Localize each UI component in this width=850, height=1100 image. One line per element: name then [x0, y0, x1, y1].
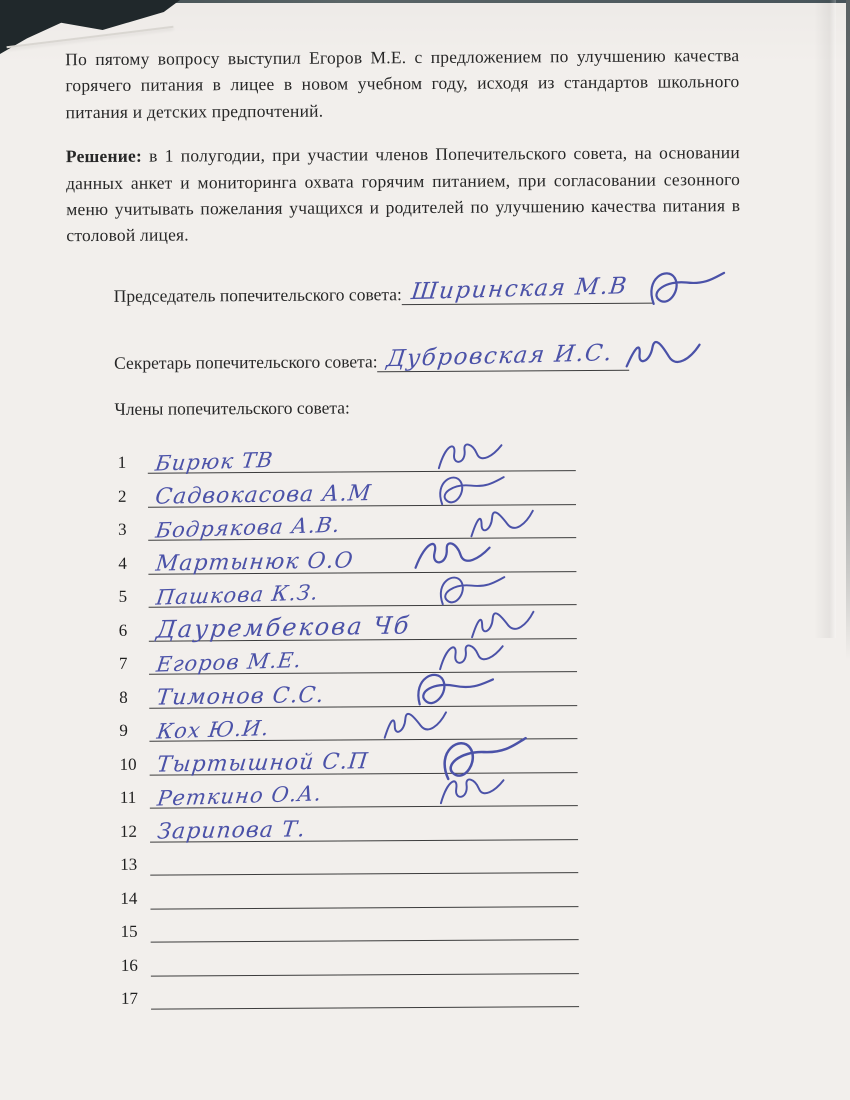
member-row: 11 Реткино О.А. — [120, 771, 850, 809]
member-row: 17 — [121, 972, 850, 1010]
member-number: 9 — [119, 721, 149, 742]
member-number: 14 — [120, 889, 150, 910]
member-row: 1 Бирюк ТВ — [118, 436, 850, 474]
member-signature-line — [150, 843, 578, 876]
member-handwritten-name: Мартынюк О.О — [154, 548, 354, 576]
member-signature-line: Пашкова К.З. — [148, 575, 576, 608]
decision-text: в 1 полугодии, при участии членов Попечи… — [66, 142, 740, 245]
member-signature-line: Егоров М.Е. — [149, 642, 577, 675]
member-signature-line: Садвокасова А.М — [148, 475, 576, 508]
secretary-label: Секретарь попечительского совета: — [114, 350, 378, 374]
member-handwritten-name: Егоров М.Е. — [155, 648, 303, 677]
member-number: 16 — [121, 956, 151, 977]
signature-flourish-icon — [436, 472, 508, 508]
member-row: 7 Егоров М.Е. — [119, 637, 850, 675]
member-handwritten-name: Даурембекова Чб — [155, 611, 412, 643]
member-number: 3 — [118, 520, 148, 541]
member-handwritten-name: Зарипова Т. — [156, 817, 307, 844]
member-signature-line: Бирюк ТВ — [148, 441, 576, 474]
secretary-signature-row: Секретарь попечительского совета: Дубров… — [114, 331, 849, 373]
member-signature-line — [151, 977, 579, 1010]
signature-flourish-icon — [642, 268, 734, 309]
member-signature-line — [150, 877, 578, 910]
member-number: 5 — [119, 587, 149, 608]
member-number: 12 — [120, 822, 150, 843]
member-row: 16 — [121, 939, 850, 977]
chairman-handwritten-name: Ширинская М.В — [410, 273, 629, 305]
signature-flourish-icon — [436, 573, 508, 609]
member-number: 6 — [119, 621, 149, 642]
chairman-signature-line: Ширинская М.В — [402, 269, 654, 305]
member-number: 4 — [118, 554, 148, 575]
signature-flourish-icon — [617, 335, 709, 376]
member-signature-line — [150, 910, 578, 943]
member-signature-line: Тыртышной С.П — [149, 743, 577, 776]
member-signature-line: Зарипова Т. — [150, 810, 578, 843]
member-signature-line — [151, 944, 579, 977]
member-handwritten-name: Кох Ю.И. — [155, 716, 271, 744]
member-row: 13 — [120, 838, 850, 876]
member-number: 15 — [121, 922, 151, 943]
member-row: 4 Мартынюк О.О — [118, 537, 850, 575]
paragraph-decision: Решение: в 1 полугодии, при участии член… — [66, 139, 741, 249]
member-handwritten-name: Бирюк ТВ — [154, 448, 275, 476]
paragraph-intro: По пятому вопросу выступил Егоров М.Е. с… — [65, 42, 739, 125]
member-handwritten-name: Тыртышной С.П — [156, 749, 370, 778]
signature-flourish-icon — [436, 439, 508, 475]
member-number: 2 — [118, 487, 148, 508]
member-handwritten-name: Пашкова К.З. — [155, 581, 321, 610]
member-signature-line: Бодрякова А.В. — [148, 508, 576, 541]
document-content: По пятому вопросу выступил Егоров М.Е. с… — [0, 0, 850, 1011]
scanner-right-edge — [846, 0, 850, 1100]
member-number: 17 — [121, 989, 151, 1010]
chairman-signature-row: Председатель попечительского совета: Шир… — [114, 264, 849, 306]
member-row: 14 — [120, 872, 850, 910]
member-row: 2 Садвокасова А.М — [118, 470, 850, 508]
member-number: 7 — [119, 654, 149, 675]
member-handwritten-name: Бодрякова А.В. — [154, 513, 342, 543]
member-number: 13 — [120, 855, 150, 876]
signature-flourish-icon — [438, 774, 510, 810]
page-right-fold-shadow — [814, 0, 836, 638]
member-handwritten-name: Садвокасова А.М — [154, 481, 373, 510]
member-row: 5 Пашкова К.З. — [118, 570, 850, 608]
member-number: 10 — [120, 755, 150, 776]
member-signature-line: Даурембекова Чб — [149, 609, 577, 642]
member-row: 15 — [120, 905, 850, 943]
member-handwritten-name: Тимонов С.С. — [155, 683, 325, 711]
chairman-label: Председатель попечительского совета: — [114, 283, 402, 307]
member-row: 12 Зарипова Т. — [120, 805, 850, 843]
member-row: 8 Тимонов С.С. — [119, 671, 850, 709]
member-signature-line: Реткино О.А. — [150, 776, 578, 809]
members-label: Члены попечительского совета: — [114, 394, 849, 419]
member-row: 6 Даурембекова Чб — [119, 604, 850, 642]
members-list: 1 Бирюк ТВ 2 Садвокасова А.М 3 Бодрякова… — [118, 436, 850, 1010]
decision-label: Решение: — [66, 146, 142, 166]
member-number: 11 — [120, 788, 150, 809]
scanned-page: По пятому вопросу выступил Егоров М.Е. с… — [0, 0, 850, 1100]
member-number: 1 — [118, 453, 148, 474]
member-row: 10 Тыртышной С.П — [119, 738, 850, 776]
secretary-signature-line: Дубровская И.С. — [377, 337, 629, 373]
member-signature-line: Тимонов С.С. — [149, 676, 577, 709]
member-handwritten-name: Реткино О.А. — [156, 782, 324, 811]
member-signature-line: Мартынюк О.О — [148, 542, 576, 575]
secretary-handwritten-name: Дубровская И.С. — [386, 340, 615, 372]
member-row: 3 Бодрякова А.В. — [118, 503, 850, 541]
member-number: 8 — [119, 688, 149, 709]
